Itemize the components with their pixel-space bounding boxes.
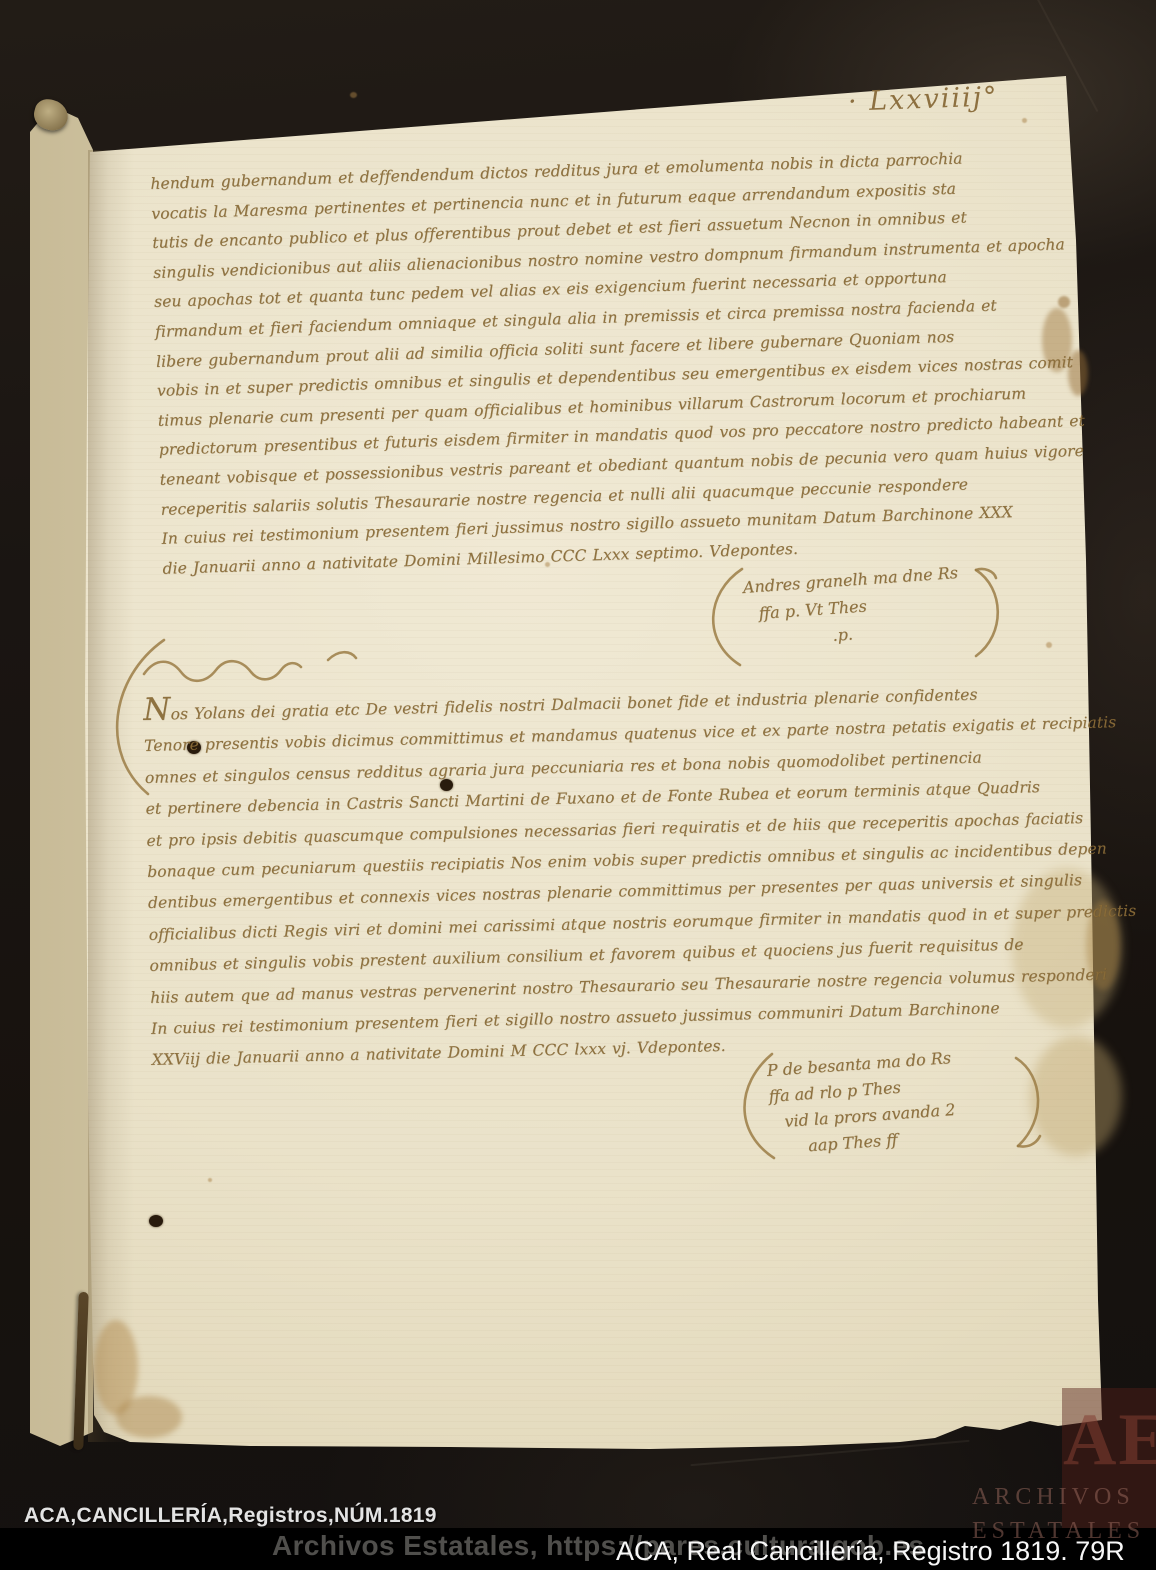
gutter-stain xyxy=(116,1396,182,1438)
archivos-estatales-logo-line1: ARCHIVOS xyxy=(972,1484,1156,1511)
document-1-text-block: hendum gubernandum et deffendendum dicto… xyxy=(150,141,1075,584)
archivos-estatales-logo-initials: AE xyxy=(1063,1398,1156,1483)
foxing-spot xyxy=(350,92,357,98)
signature-2-right-flourish xyxy=(1006,1052,1058,1154)
folio-number: · Lxxviiij° xyxy=(848,81,1000,117)
document-1-signature: Andres granelh ma dne Rsffa p. Vt Thes.p… xyxy=(742,559,963,655)
archive-reference-label: ACA,CANCILLERÍA,Registros,NÚM.1819 xyxy=(24,1504,437,1528)
wormhole xyxy=(149,1215,163,1227)
foxing-spot xyxy=(1046,642,1052,648)
document-2-text-block: Nos Yolans dei gratia etc De vestri fide… xyxy=(143,678,1072,1077)
foxing-spot xyxy=(208,1178,212,1182)
manuscript-scan-view: · Lxxviiij° hendum gubernandum et deffen… xyxy=(0,0,1156,1570)
image-caption-label: ACA, Real Cancillería, Registro 1819. 79… xyxy=(616,1536,1125,1567)
document-2-signature: P de besanta ma do Rsffa ad rlo p Thesvi… xyxy=(766,1045,958,1162)
foxing-spot xyxy=(1022,118,1027,123)
signature-1-right-flourish xyxy=(968,566,1014,662)
